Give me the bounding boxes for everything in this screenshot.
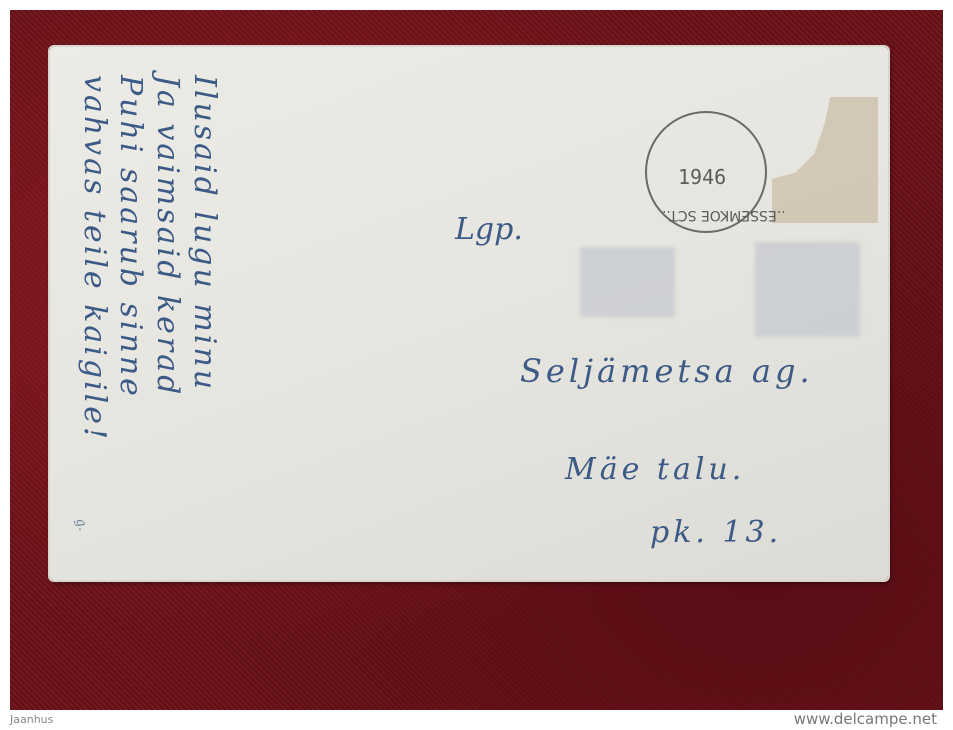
redacted-recipient-2 — [755, 242, 860, 337]
seller-name: Jaanhus — [10, 713, 53, 726]
message-line-3: Puhi saarub sinne — [113, 75, 148, 399]
address-prefix: Lgp. — [455, 212, 523, 247]
message-line-1: Ilusaid lugu minu — [187, 75, 222, 392]
address-line-2: Mäe talu. — [565, 452, 745, 487]
address-line-1: Seljämetsa ag. — [520, 352, 814, 390]
redacted-recipient-1 — [580, 247, 675, 317]
site-watermark: www.delcampe.net — [794, 710, 937, 728]
removed-stamp-mark — [772, 97, 878, 223]
corner-note: g. — [72, 516, 90, 533]
message-line-2: Ja vaimsaid kerad — [150, 75, 185, 397]
address-line-3: pk. 13. — [650, 515, 782, 550]
postmark-ring-text: ..ESSEMKOE SCT.. — [662, 207, 786, 223]
message-line-4: vahvas teile kaigile! — [77, 75, 112, 442]
postcard: Ilusaid lugu minu Ja vaimsaid kerad Puhi… — [50, 47, 888, 580]
postmark-year: 1946 — [678, 165, 726, 189]
